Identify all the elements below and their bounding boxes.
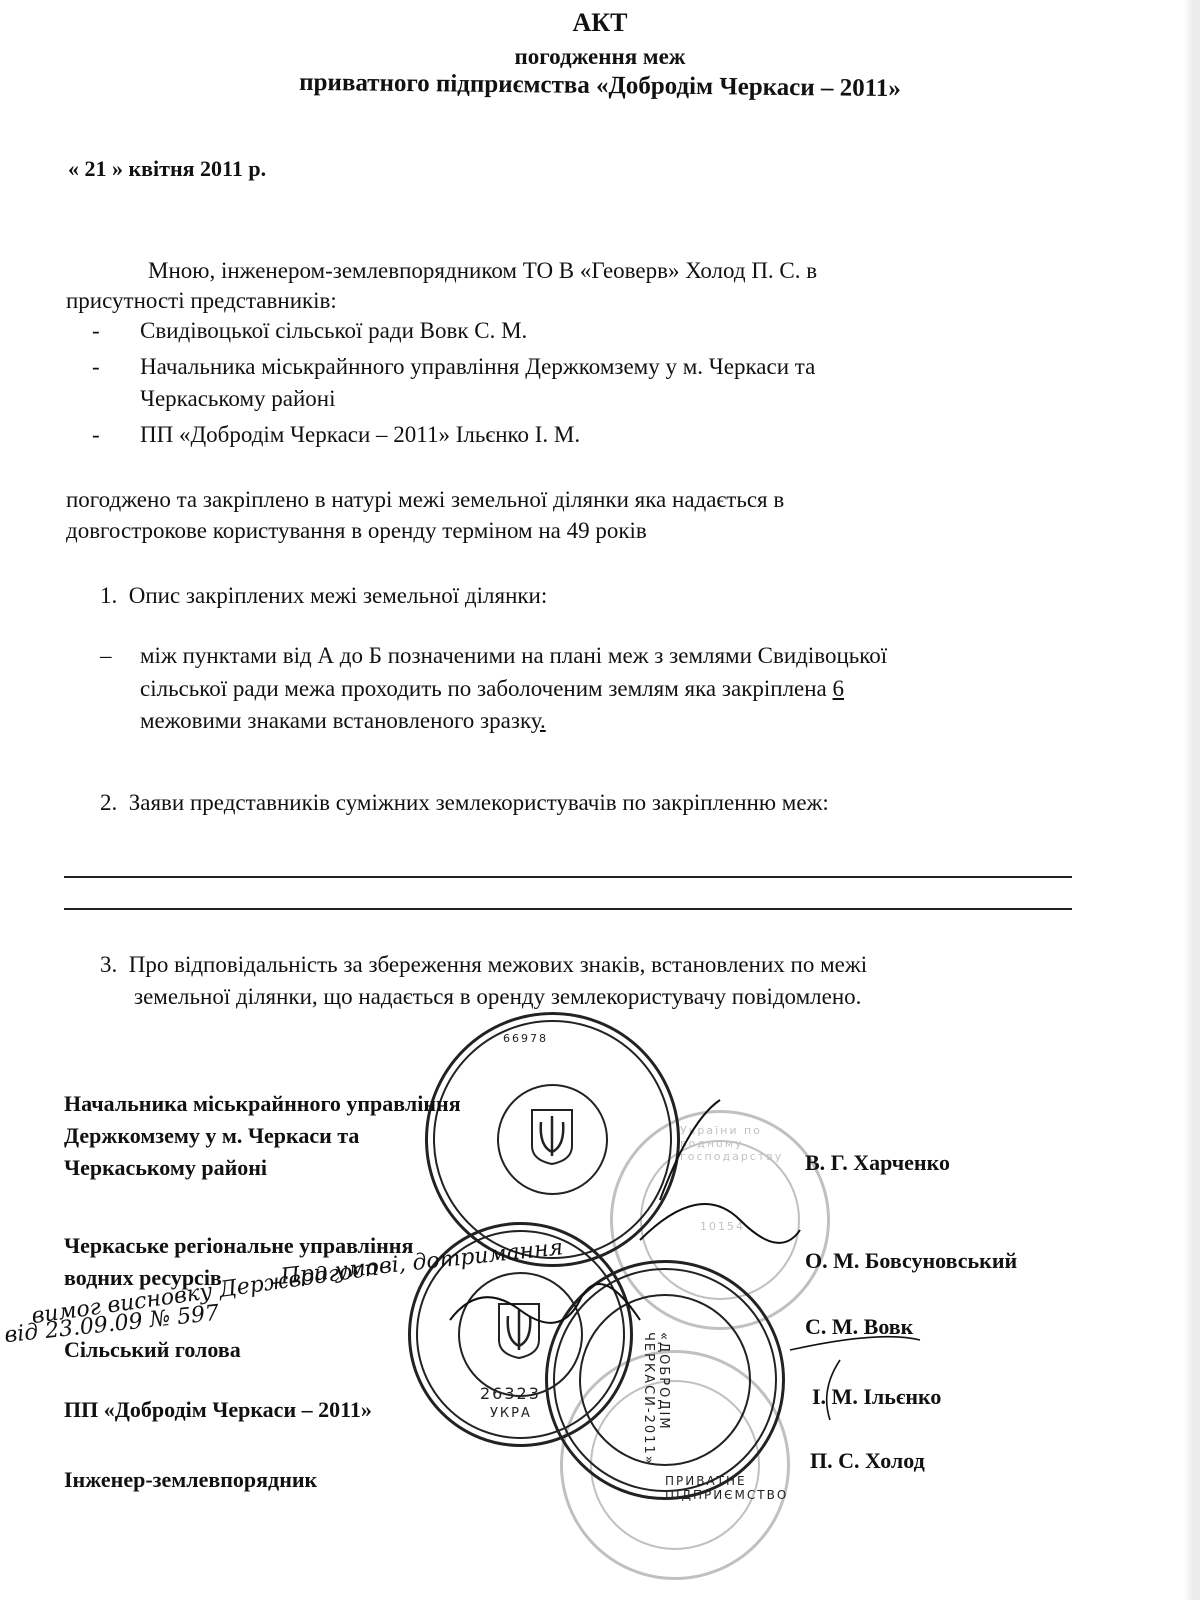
signatory-5-name: П. С. Холод [810, 1448, 925, 1474]
signatory-3-label: Сільський голова [64, 1334, 241, 1366]
signatory-4-name: І. М. Ільєнко [812, 1384, 941, 1410]
signatory-3-name: С. М. Вовк [805, 1314, 913, 1340]
signatory-2-label: Черкаське регіональне управління водних … [64, 1230, 413, 1294]
signatory-1-label: Начальника міськрайнного управління Держ… [64, 1088, 461, 1184]
signatory-1-name: В. Г. Харченко [805, 1150, 950, 1176]
document-page: АКТ погодження меж приватного підприємст… [0, 0, 1200, 1600]
signatory-5-label: Інженер-землевпорядник [64, 1464, 317, 1496]
signatory-2-name: О. М. Бовсуновський [805, 1248, 1017, 1274]
signatory-4-label: ПП «Добродім Черкаси – 2011» [64, 1394, 372, 1426]
